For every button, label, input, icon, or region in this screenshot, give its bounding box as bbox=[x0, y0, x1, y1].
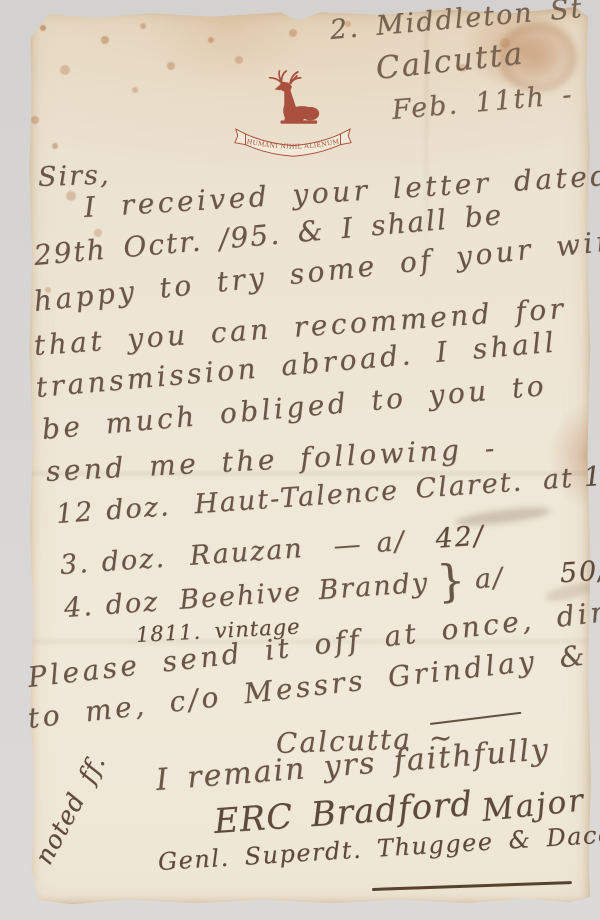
handwriting-layer: HUMANI NIHIL ALIENUM 2. Middleton St Cal… bbox=[0, 0, 600, 920]
signature-flourish bbox=[372, 881, 572, 891]
item-unit: doz. bbox=[105, 491, 171, 526]
item-qty: 12 bbox=[55, 496, 95, 530]
margin-note: noted ff. bbox=[30, 750, 111, 869]
crest-emblem: HUMANI NIHIL ALIENUM bbox=[230, 70, 356, 164]
city-line: Calcutta bbox=[374, 37, 526, 86]
item-rate-prefix: at bbox=[542, 463, 575, 496]
date-line: Feb. 11th - bbox=[391, 80, 575, 125]
address-line: 2. Middleton St bbox=[329, 0, 585, 46]
item-dash: — bbox=[333, 529, 364, 562]
item-rate: 42/ bbox=[434, 520, 485, 554]
item-qty: 3. bbox=[59, 548, 91, 581]
salutation: Sirs, bbox=[37, 160, 110, 192]
item-unit: doz. bbox=[101, 543, 167, 578]
item-unit: doz bbox=[105, 586, 161, 621]
item-rate: 13/ bbox=[583, 459, 600, 493]
item-rate: 50/ bbox=[559, 555, 600, 589]
item-qty: 4. bbox=[63, 591, 95, 624]
item-brace: } bbox=[437, 581, 467, 583]
item-desc: Rauzan bbox=[189, 533, 305, 572]
item-desc: Beehive Brandy bbox=[178, 568, 430, 616]
item-rate-prefix: a/ bbox=[375, 526, 406, 559]
photo-background: HUMANI NIHIL ALIENUM 2. Middleton St Cal… bbox=[0, 0, 600, 920]
signature-rank: Major bbox=[480, 783, 586, 828]
item-rate-prefix: a/ bbox=[474, 562, 505, 595]
crest-ribbon: HUMANI NIHIL ALIENUM bbox=[235, 129, 351, 156]
stag-icon bbox=[270, 71, 319, 124]
